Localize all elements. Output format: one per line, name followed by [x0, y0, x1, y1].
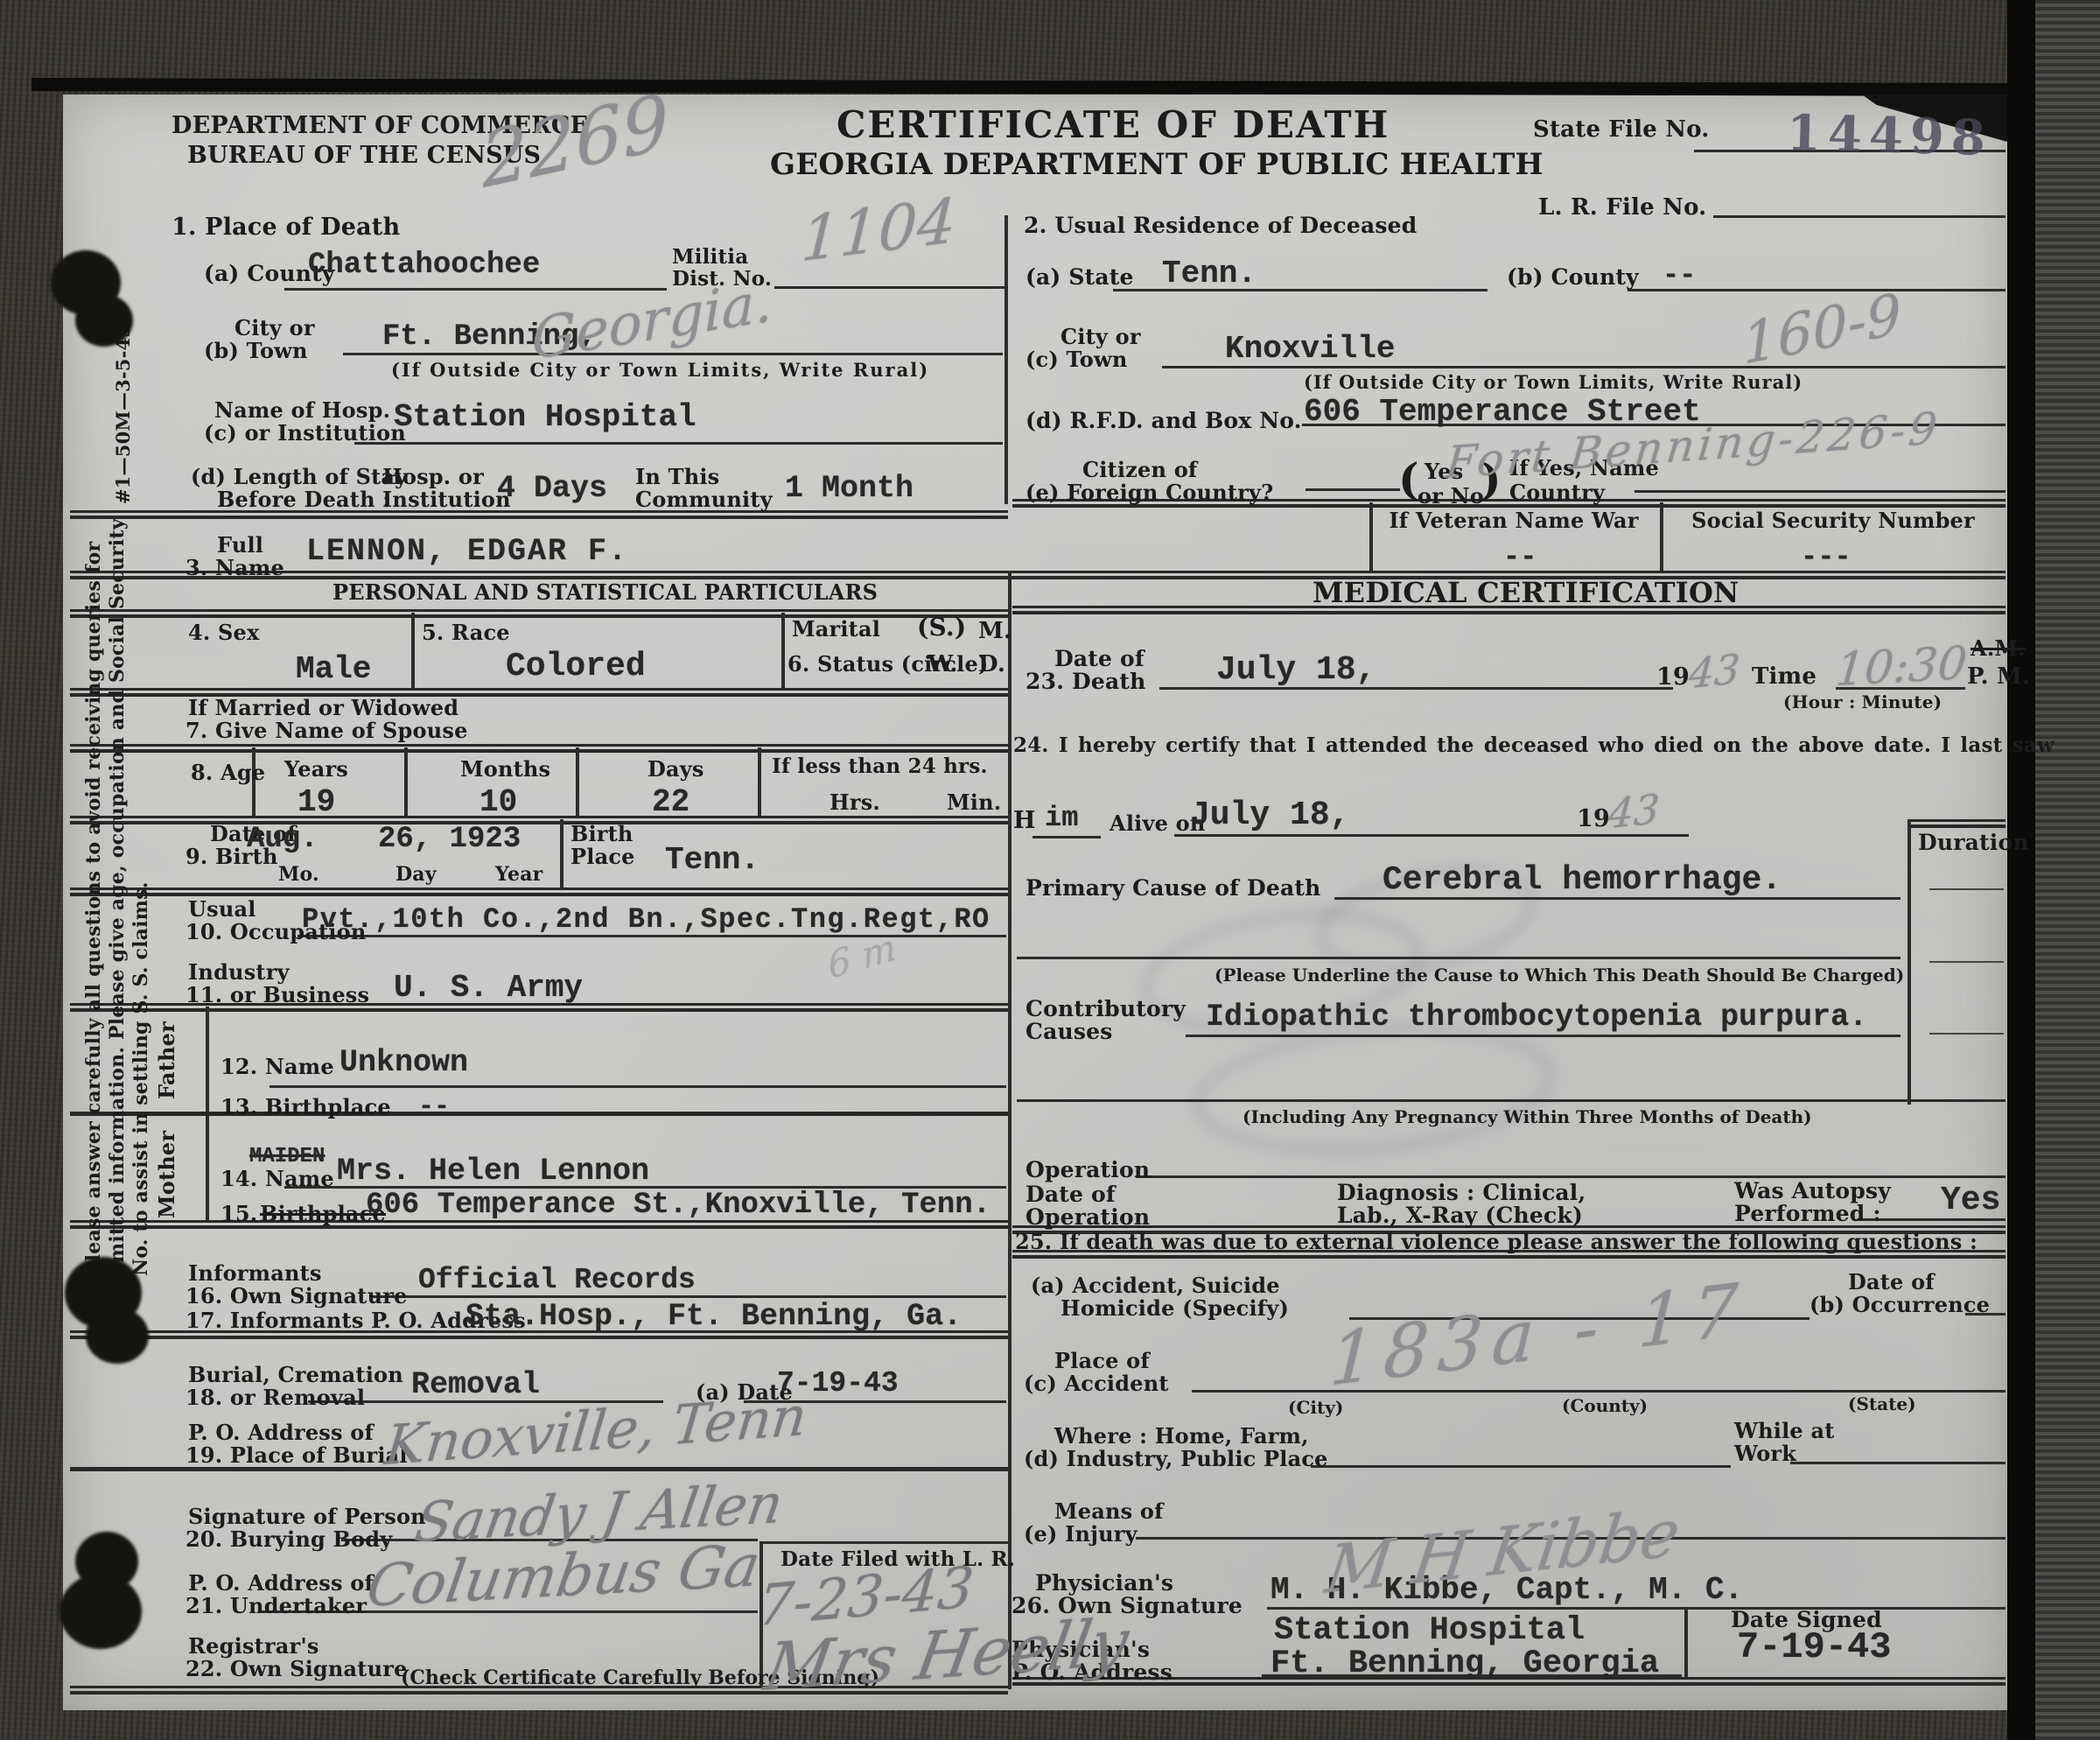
scan-right-edge — [2007, 0, 2035, 1740]
physician-hospital: Station Hospital — [1274, 1612, 1585, 1649]
status-s: (S.) — [917, 613, 966, 642]
place-accident-label1: Place of — [1054, 1348, 1150, 1373]
rural-note: (If Outside City or Town Limits, Write R… — [391, 359, 929, 381]
pregnancy-blank-line — [1017, 1099, 2005, 1102]
where-label1: Where : Home, Farm, — [1054, 1423, 1309, 1449]
months-label: Months — [460, 756, 550, 782]
form-code: #1—50M—3-5-43 — [112, 325, 134, 504]
father-birthplace-label: 13. Birthplace — [220, 1094, 391, 1119]
stay-comm-value: 1 Month — [785, 471, 913, 506]
death-year-pre: 19 — [1656, 663, 1690, 691]
min-label: Min. — [947, 789, 1001, 815]
certify-text: 24. I hereby certify that I attended the… — [1013, 733, 2054, 757]
operation-date-label1: Date of — [1025, 1182, 1116, 1207]
operation-date-label2: Operation — [1025, 1204, 1150, 1230]
pm-label: P. M. — [1967, 663, 2030, 690]
mother-bp-num: 15. — [220, 1201, 257, 1226]
date-signed-divider — [1684, 1607, 1688, 1677]
burying-label1: Signature of Person — [188, 1504, 426, 1529]
contributory-label1: Contributory — [1025, 996, 1186, 1021]
accident-label2: Homicide (Specify) — [1060, 1295, 1289, 1321]
res-state-label: (a) State — [1025, 264, 1134, 290]
status-d: D. — [978, 651, 1005, 677]
violence-question: 25. If death was due to external violenc… — [1015, 1229, 1977, 1254]
am-struck: A.M. — [1970, 635, 2026, 661]
county-sublabel: (County) — [1562, 1395, 1648, 1416]
death-date-label2: 23. Death — [1025, 669, 1146, 694]
place-accident-line — [1192, 1390, 2005, 1393]
alive-date-value: July 18, — [1190, 796, 1349, 834]
state-file-no-label: State File No. — [1533, 116, 1710, 143]
burial-place-label1: P. O. Address of — [188, 1420, 374, 1445]
filed-box-top — [759, 1541, 1008, 1544]
cell-divider — [576, 747, 579, 816]
citizen-label1: Citizen of — [1082, 457, 1197, 482]
burial-place-label2: 19. Place of Burial — [185, 1442, 408, 1468]
res-county-label: (b) County — [1507, 264, 1639, 290]
medical-section-title: MEDICAL CERTIFICATION — [1312, 576, 1706, 609]
hospital-line — [354, 442, 1003, 445]
mother-name-label: 14. Name — [220, 1166, 334, 1191]
column-divider — [1004, 215, 1008, 504]
cause-blank-line — [1017, 957, 1900, 959]
state-sublabel: (State) — [1848, 1393, 1916, 1414]
registrar-label2: 22. Own Signature — [185, 1656, 408, 1681]
stay-hosp-value: 4 Days — [497, 471, 607, 506]
dob-day-year: 26, 1923 — [378, 823, 521, 856]
status-w: W. — [927, 651, 958, 677]
diagnosis-label2: Lab., X-Ray (Check) — [1337, 1203, 1583, 1228]
scan-top-edge — [31, 78, 2007, 96]
militia-line — [774, 286, 1004, 289]
undertaker-label2: 21. Undertaker — [185, 1593, 367, 1618]
contributory-label2: Causes — [1025, 1019, 1113, 1044]
time-label: Time — [1752, 663, 1816, 690]
place-accident-label2: (c) Accident — [1024, 1371, 1169, 1396]
stay-hosp-label1: Hosp. or — [382, 464, 484, 489]
column-divider — [1008, 571, 1011, 1689]
fullname-label2: 3. Name — [185, 555, 284, 580]
res-city-label1: City or — [1060, 324, 1141, 349]
stay-hosp-label2: Institution — [382, 487, 511, 512]
time-value: 10:30 — [1833, 637, 1969, 697]
stay-label1: (d) Length of Stay — [191, 464, 407, 489]
rule — [70, 888, 1008, 896]
burying-label2: 20. Burying Body — [185, 1526, 392, 1552]
occurrence-label1: Date of — [1848, 1269, 1935, 1294]
birthplace-label1: Birth — [570, 821, 633, 846]
cell-divider — [411, 613, 415, 690]
spouse-label2: 7. Give Name of Spouse — [185, 718, 468, 743]
ifyes-label2: Country — [1509, 480, 1605, 505]
burial-value: Removal — [411, 1367, 540, 1402]
res-city-value: Knoxville — [1225, 331, 1395, 367]
occupation-label1: Usual — [188, 896, 256, 922]
physician-addr-value: Ft. Benning, Georgia — [1270, 1645, 1659, 1682]
occurrence-label2: (b) Occurrence — [1809, 1292, 1990, 1317]
physician-label1: Physician's — [1035, 1570, 1173, 1596]
margin-note-line: Please answer carefully all questions to… — [82, 488, 106, 1276]
status-label: 6. Status (circle) — [787, 651, 988, 677]
where-label2: (d) Industry, Public Place — [1024, 1446, 1328, 1471]
while-at-line — [1790, 1462, 2005, 1464]
race-label: 5. Race — [422, 620, 510, 645]
citizen-line — [1305, 488, 1400, 491]
hospital-value: Station Hospital — [394, 399, 696, 435]
duration-box-left — [1907, 819, 1911, 1105]
citizen-label2: (e) Foreign Country? — [1025, 480, 1273, 505]
informant-value: Official Records — [418, 1264, 696, 1296]
mother-address-value: 606 Temperance St.,Knoxville, Tenn. — [366, 1189, 990, 1222]
industry-label1: Industry — [188, 959, 290, 985]
stay-label2: Before Death : — [217, 487, 390, 512]
months-value: 10 — [479, 784, 517, 820]
res-rural-note: (If Outside City or Town Limits, Write R… — [1304, 371, 1802, 393]
registrar-label1: Registrar's — [188, 1633, 319, 1659]
county-line — [284, 288, 667, 291]
maiden-struck: MAIDEN — [249, 1145, 325, 1168]
mo-label: Mo. — [278, 863, 319, 886]
day-label: Day — [395, 863, 437, 886]
operation-label: Operation — [1025, 1157, 1150, 1182]
ssn-label: Social Security Number — [1680, 508, 1986, 533]
ink-blot — [75, 294, 133, 347]
rule — [70, 1112, 1008, 1116]
industry-label2: 11. or Business — [185, 982, 369, 1007]
birthplace-label2: Place — [570, 844, 635, 869]
city-label2: (b) Town — [204, 338, 308, 363]
res-county-value: -- — [1662, 259, 1696, 291]
accident-label1: (a) Accident, Suicide — [1031, 1273, 1280, 1298]
duration-cell-line — [1929, 888, 2004, 890]
burial-label2: 18. or Removal — [185, 1385, 365, 1410]
where-line — [1311, 1465, 1731, 1468]
undertaker-label1: P. O. Address of — [188, 1570, 374, 1596]
margin-note-line: No. to assist in settling S. S. claims. — [129, 488, 153, 1276]
duration-cell-line — [1929, 1033, 2004, 1035]
cell-divider — [781, 613, 785, 690]
res-state-value: Tenn. — [1162, 256, 1256, 291]
contributory-value: Idiopathic thrombocytopenia purpura. — [1206, 1000, 1867, 1035]
im-line — [1032, 836, 1101, 838]
days-value: 22 — [652, 784, 689, 820]
margin-note-line: omitted information. Please give age, oc… — [106, 488, 129, 1276]
underline-cause-note: (Please Underline the Cause to Which Thi… — [1214, 965, 1904, 986]
vet-box-line — [1660, 502, 1663, 571]
fullname-value: LENNON, EDGAR F. — [306, 534, 628, 569]
stay-comm-label1: In This — [635, 464, 719, 489]
alive-year-pre: 19 — [1577, 805, 1610, 832]
year-label: Year — [495, 863, 542, 886]
days-label: Days — [647, 756, 704, 782]
death-year-hand: 43 — [1687, 645, 1741, 698]
duration-cell-line — [1929, 961, 2004, 963]
certificate-title: CERTIFICATE OF DEATH — [836, 103, 1361, 146]
sex-value: Male — [296, 651, 371, 687]
death-date-value: July 18, — [1216, 651, 1375, 689]
status-m: M. — [978, 618, 1011, 644]
res-city-label2: (c) Town — [1025, 347, 1128, 372]
stay-comm-label2: Community — [635, 487, 773, 512]
while-at-label2: Work — [1734, 1441, 1796, 1466]
autopsy-value: Yes — [1941, 1182, 2000, 1219]
state-file-stamp: 14498 — [1786, 104, 1992, 167]
county-value: Chattahoochee — [308, 249, 540, 282]
years-value: 19 — [297, 784, 335, 820]
militia-label: Militia — [672, 245, 748, 269]
while-at-label1: While at — [1734, 1418, 1835, 1443]
race-value: Colored — [506, 648, 646, 685]
pregnancy-note: (Including Any Pregnancy Within Three Mo… — [1242, 1106, 1812, 1127]
fullname-label1: Full — [217, 532, 263, 558]
duration-box-top — [1907, 819, 2005, 828]
ink-blot — [86, 1308, 149, 1364]
rule — [70, 744, 1008, 753]
burial-label1: Burial, Cremation — [188, 1362, 403, 1387]
sex-label: 4. Sex — [188, 620, 260, 645]
duration-label: Duration — [1918, 830, 2029, 855]
alive-year-hand: 43 — [1606, 785, 1661, 838]
hrs-label: Hrs. — [829, 789, 880, 815]
primary-cause-value: Cerebral hemorrhage. — [1382, 861, 1781, 899]
contributory-line — [1186, 1035, 1900, 1037]
mother-name-value: Mrs. Helen Lennon — [337, 1154, 649, 1189]
hospital-label1: Name of Hosp. — [214, 397, 390, 423]
country-line — [1634, 490, 2005, 493]
him-h: H — [1013, 807, 1036, 834]
certificate-subtitle: GEORGIA DEPARTMENT OF PUBLIC HEALTH — [770, 147, 1470, 182]
rule — [70, 510, 1008, 519]
informant-addr-value: Sta.Hosp., Ft. Benning, Ga. — [465, 1299, 962, 1334]
informant-label2: 16. Own Signature — [185, 1283, 408, 1309]
means-label1: Means of — [1054, 1498, 1164, 1524]
cell-divider — [758, 747, 761, 816]
ssn-value: --- — [1801, 541, 1851, 573]
him-im: im — [1045, 802, 1078, 834]
father-name-label: 12. Name — [220, 1054, 334, 1079]
binding-texture — [2035, 0, 2100, 1740]
informant-label1: Informants — [188, 1260, 322, 1286]
father-group-label: Father — [154, 1021, 179, 1099]
father-name-value: Unknown — [339, 1045, 468, 1080]
industry-value: U. S. Army — [394, 970, 583, 1006]
city-label1: City or — [234, 315, 315, 340]
cell-divider — [560, 819, 563, 888]
vet-box-line — [1369, 502, 1373, 571]
spouse-label1: If Married or Widowed — [188, 695, 458, 720]
autopsy-label1: Was Autopsy — [1734, 1178, 1891, 1203]
personal-section-title: PERSONAL AND STATISTICAL PARTICULARS — [332, 579, 770, 605]
place-of-death-section: 1. Place of Death — [171, 214, 400, 241]
death-date-label1: Date of — [1054, 646, 1144, 671]
cell-divider — [404, 747, 408, 816]
father-name-line — [269, 1085, 1006, 1088]
mother-group-label: Mother — [154, 1131, 179, 1218]
diagnosis-label1: Diagnosis : Clinical, — [1337, 1180, 1585, 1205]
birthplace-value: Tenn. — [665, 842, 759, 878]
date-signed-value: 7-19-43 — [1737, 1626, 1891, 1668]
paren-left: ( — [1398, 453, 1419, 505]
father-birthplace-value: -- — [418, 1092, 450, 1122]
ink-blot — [59, 1574, 142, 1649]
rfd-label: (d) R.F.D. and Box No. — [1025, 408, 1302, 433]
age-label: 8. Age — [191, 760, 265, 785]
veteran-war-label: If Veteran Name War — [1382, 508, 1645, 533]
lr-file-line — [1713, 215, 2005, 218]
margin-note: Please answer carefully all questions to… — [82, 488, 153, 1276]
scan-background: DEPARTMENT OF COMMERCE BUREAU OF THE CEN… — [0, 0, 2100, 1740]
years-label: Years — [284, 756, 348, 782]
residence-section: 2. Usual Residence of Deceased — [1024, 213, 1417, 238]
means-label2: (e) Injury — [1024, 1521, 1137, 1547]
hospital-label2: (c) or Institution — [204, 420, 406, 446]
veteran-war-value: -- — [1503, 541, 1536, 573]
primary-cause-label: Primary Cause of Death — [1025, 875, 1321, 901]
autopsy-label2: Performed : — [1734, 1201, 1881, 1226]
marital-label: Marital — [792, 616, 880, 642]
lr-file-no-label: L. R. File No. — [1538, 194, 1706, 221]
dob-month: Aug. — [247, 823, 318, 856]
less-24-label: If less than 24 hrs. — [772, 754, 988, 778]
